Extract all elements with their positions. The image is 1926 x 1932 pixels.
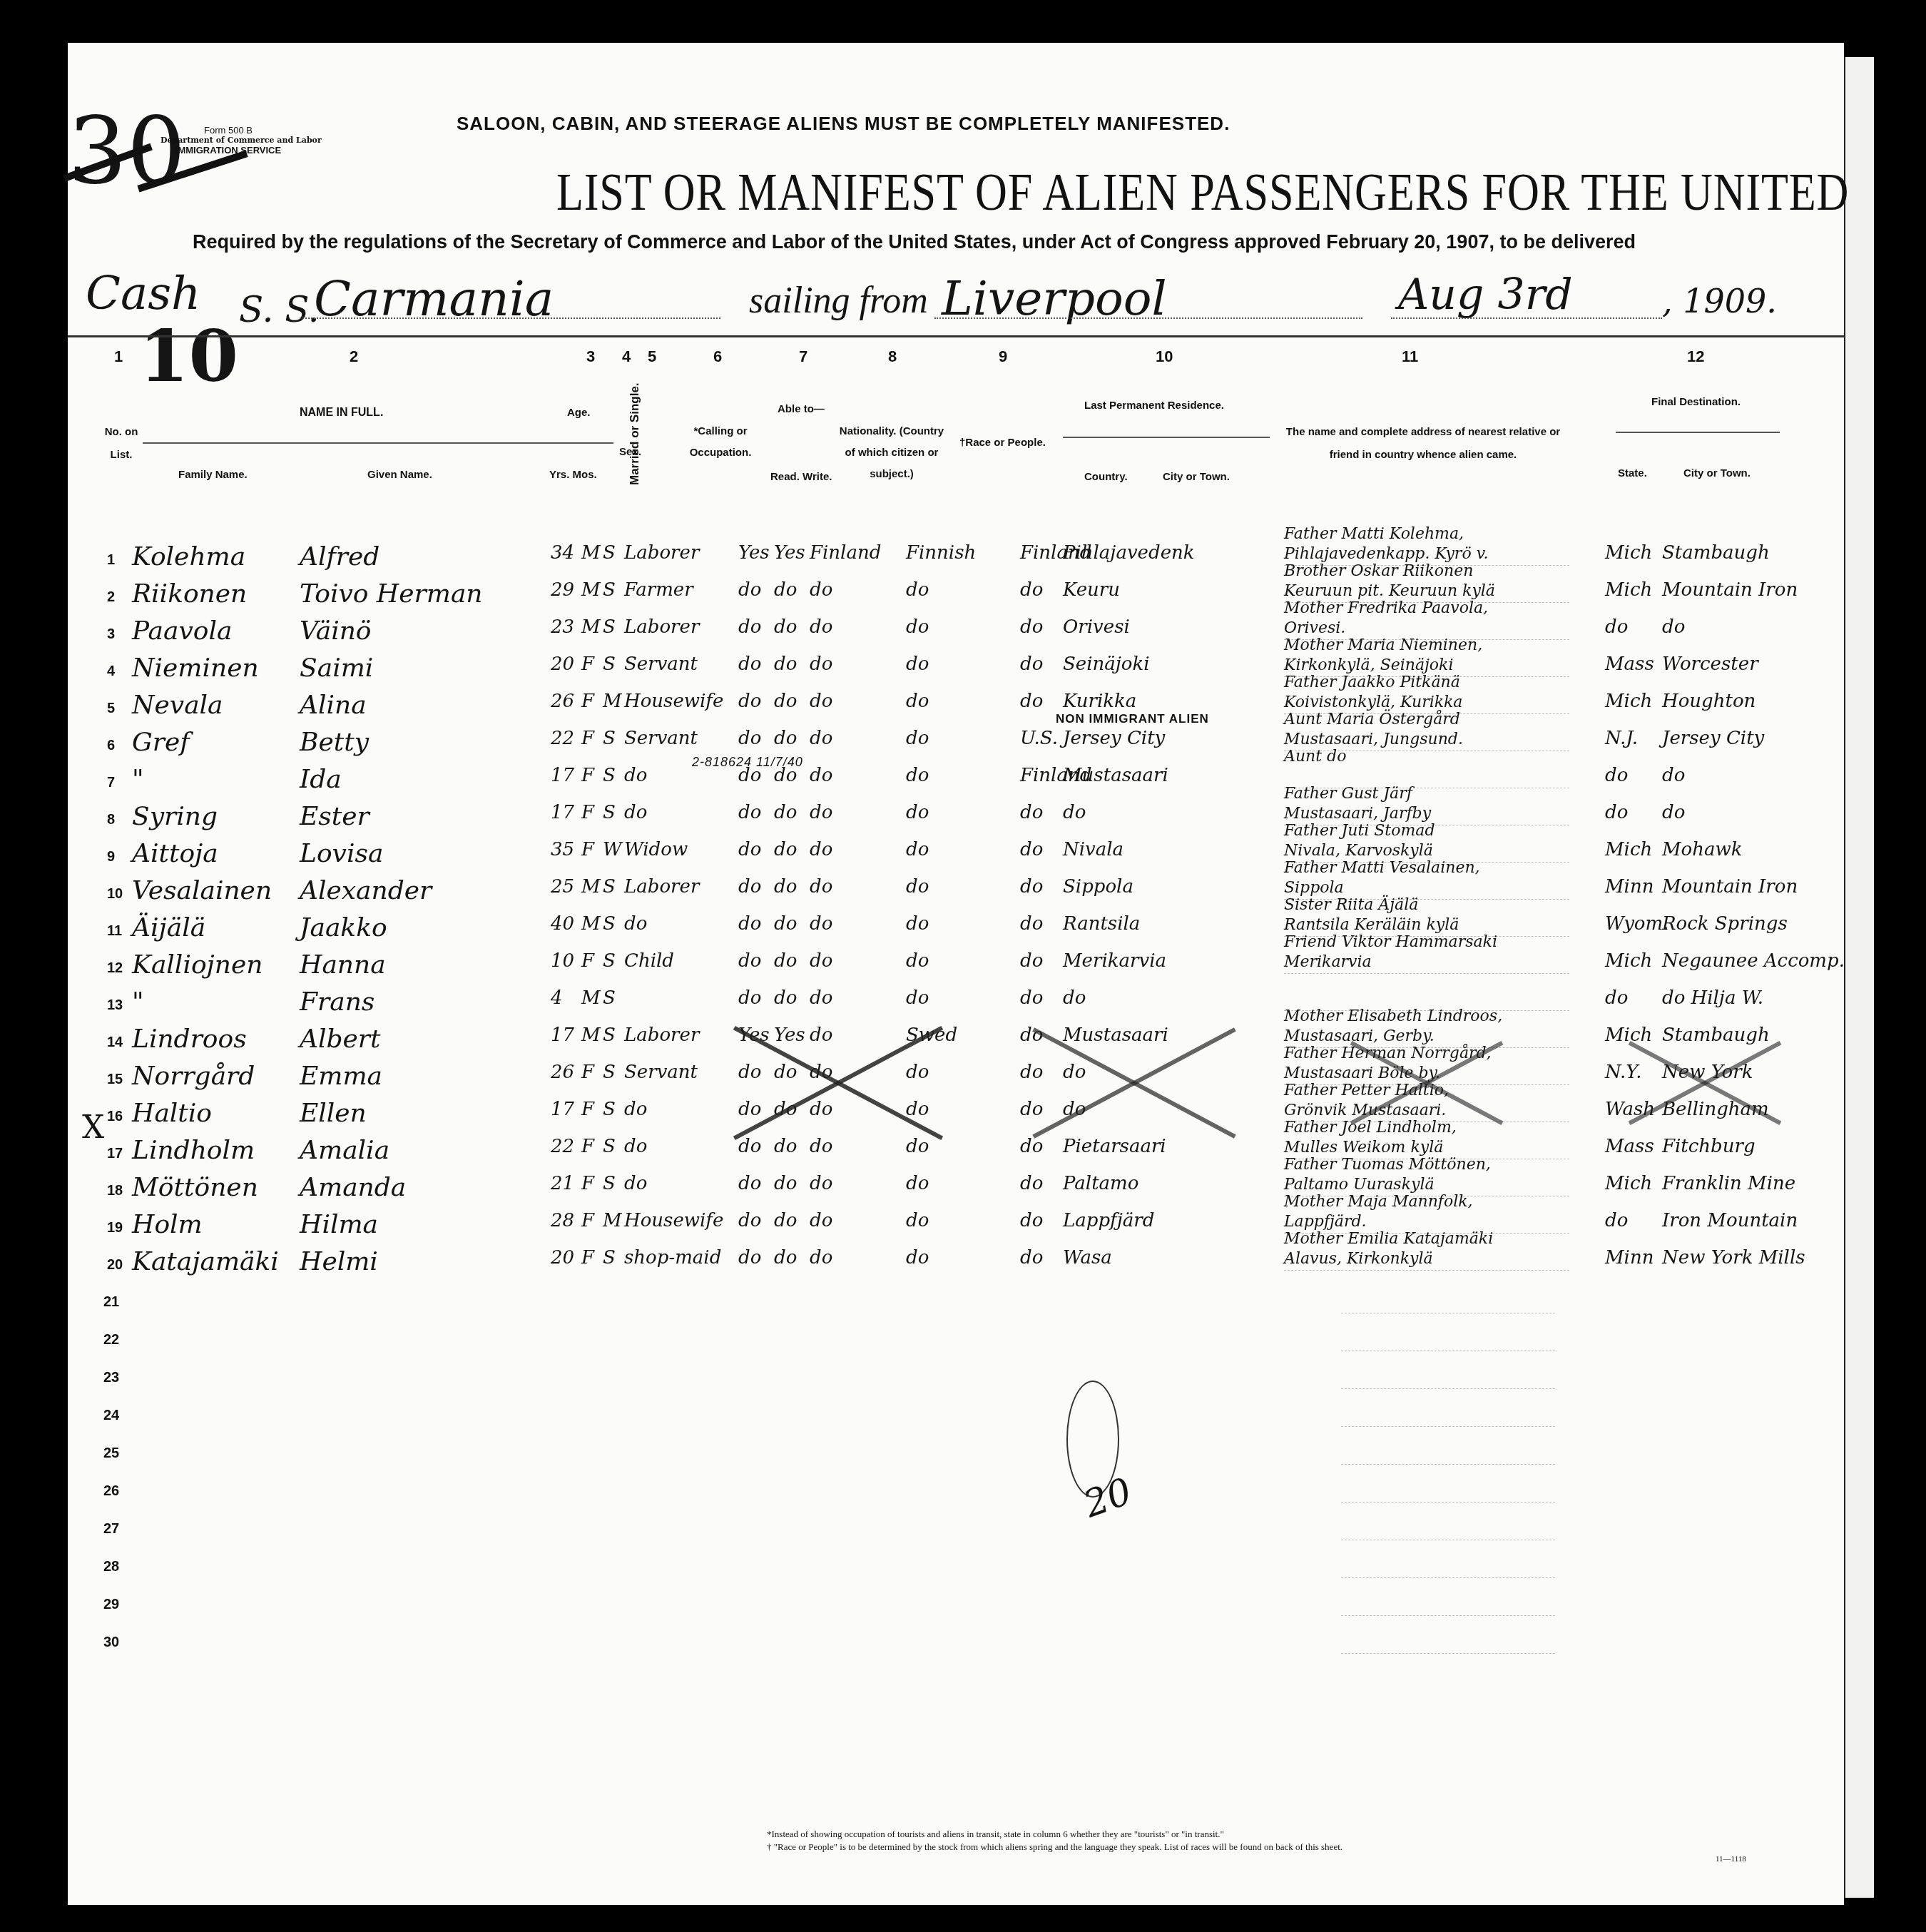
destination-city: Franklin Mine	[1662, 1173, 1795, 1194]
residence-country: do	[1020, 1247, 1043, 1268]
residence-country: do	[1020, 950, 1043, 972]
relative-name: Father Gust Järf	[1284, 785, 1412, 803]
relative-name: Sister Riita Äjälä	[1284, 896, 1418, 914]
occupation: do	[624, 913, 647, 935]
row-number: 28	[103, 1559, 119, 1575]
given-name: Jaakko	[300, 913, 387, 942]
row-number: 4	[107, 664, 115, 680]
subtitle: Required by the regulations of the Secre…	[193, 231, 1636, 253]
nationality: do	[810, 579, 832, 601]
occupation: Laborer	[624, 542, 699, 564]
row-rule	[1341, 1388, 1555, 1389]
destination-state: Mich	[1605, 579, 1652, 601]
row-number: 16	[107, 1109, 123, 1125]
row-number: 25	[103, 1445, 119, 1462]
family-name: Riikonen	[132, 579, 247, 609]
nationality: do	[810, 987, 832, 1009]
residence-country: do	[1020, 987, 1043, 1009]
row-rule	[1341, 1615, 1555, 1616]
destination-state: do	[1605, 616, 1628, 638]
row-number: 2	[107, 589, 115, 606]
marital-status: S	[603, 616, 616, 638]
col-number-3: 3	[586, 347, 595, 366]
destination-city: Mountain Iron	[1662, 579, 1798, 601]
header-relative: The name and complete address of nearest…	[1284, 421, 1562, 467]
relative-address: Kirkonkylä, Seinäjoki	[1284, 656, 1453, 674]
given-name: Ester	[300, 802, 370, 831]
destination-state: Mich	[1605, 839, 1652, 860]
given-name: Alina	[300, 691, 367, 720]
destination-state: do	[1605, 1210, 1628, 1231]
destination-city: Worcester	[1662, 654, 1758, 675]
race: do	[906, 1136, 929, 1157]
relative-address: Nivala, Karvoskylä	[1284, 842, 1433, 860]
can-write: do	[774, 1173, 797, 1194]
ship-name: Carmania	[314, 271, 554, 327]
service: IMMIGRATION SERVICE	[160, 145, 296, 156]
destination-city: do	[1662, 616, 1685, 638]
nationality: do	[810, 765, 832, 786]
relative-name: Mother Emilia Katajamäki	[1284, 1230, 1493, 1248]
sex: F	[581, 691, 594, 712]
age: 10	[551, 950, 574, 972]
relative-name: Father Tuomas Möttönen,	[1284, 1156, 1491, 1174]
can-write: do	[774, 654, 797, 675]
relative-address: Paltamo Uuraskylä	[1284, 1176, 1435, 1194]
residence-city: Kurikka	[1063, 691, 1136, 712]
col-number-11: 11	[1402, 347, 1418, 366]
header-family-name: Family Name.	[178, 469, 248, 481]
occupation: do	[624, 1099, 647, 1120]
occupation: Servant	[624, 654, 698, 675]
relative-name: Father Joel Lindholm,	[1284, 1119, 1457, 1137]
nationality: do	[810, 839, 832, 860]
row-rule	[1341, 1351, 1555, 1351]
nationality: do	[810, 1099, 832, 1120]
residence-country: do	[1020, 876, 1043, 898]
given-name: Alfred	[300, 542, 379, 571]
occupation: Laborer	[624, 1025, 699, 1046]
given-name: Saimi	[300, 654, 373, 683]
nationality: do	[810, 728, 832, 749]
row-number: 12	[107, 960, 123, 977]
relative-name: Aunt do	[1284, 748, 1346, 766]
marital-status: M	[603, 1210, 622, 1231]
occupation: Farmer	[624, 579, 693, 601]
residence-city: Jersey City	[1063, 728, 1165, 749]
relative-name: Father Matti Vesalainen,	[1284, 859, 1480, 877]
race: do	[906, 654, 929, 675]
header-country: Country.	[1084, 471, 1128, 483]
can-read: do	[738, 691, 761, 712]
given-name: Helmi	[300, 1247, 378, 1276]
can-write: do	[774, 802, 797, 823]
marital-status: S	[603, 1247, 616, 1268]
row-number: 23	[103, 1370, 119, 1386]
residence-country: do	[1020, 1210, 1043, 1231]
family-name: Katajamäki	[132, 1247, 279, 1276]
row-number: 22	[103, 1332, 119, 1348]
marital-status: W	[603, 839, 622, 860]
row-rule	[1341, 1426, 1555, 1427]
header-dest-city: City or Town.	[1683, 467, 1751, 479]
family-name: "	[132, 765, 144, 794]
residence-city: Lappfjärd	[1063, 1210, 1154, 1231]
family-name: "	[132, 987, 144, 1017]
age: 35	[551, 839, 574, 860]
nationality: do	[810, 654, 832, 675]
row-number: 27	[103, 1521, 119, 1537]
row-number: 24	[103, 1408, 119, 1424]
header-last-residence: Last Permanent Residence.	[1084, 400, 1224, 412]
marital-status: S	[603, 987, 616, 1009]
residence-city: do	[1063, 1062, 1086, 1083]
nationality: do	[810, 691, 832, 712]
row-rule	[1341, 1540, 1555, 1540]
race: do	[906, 987, 929, 1009]
marital-status: S	[603, 1173, 616, 1194]
age: 17	[551, 802, 574, 823]
row-number: 13	[107, 997, 123, 1014]
sex: F	[581, 802, 594, 823]
ship-name-line	[300, 317, 720, 319]
age: 22	[551, 728, 574, 749]
marital-status: S	[603, 728, 616, 749]
race: do	[906, 839, 929, 860]
destination-city: do	[1662, 765, 1685, 786]
marital-status: S	[603, 1062, 616, 1083]
residence-city: Paltamo	[1063, 1173, 1138, 1194]
header-nationality: Nationality. (Country of which citizen o…	[838, 421, 945, 485]
sex: M	[581, 876, 601, 898]
occupation: Housewife	[624, 1210, 723, 1231]
race: do	[906, 802, 929, 823]
row-rule	[1284, 973, 1569, 974]
family-name: Äijälä	[132, 913, 205, 942]
race: do	[906, 765, 929, 786]
marital-status: S	[603, 765, 616, 786]
occupation: Child	[624, 950, 674, 972]
marital-status: S	[603, 802, 616, 823]
destination-city: do Hilja W.	[1662, 987, 1763, 1009]
destination-divider	[1616, 432, 1780, 433]
sex: F	[581, 950, 594, 972]
header-no-on-list: No. on List.	[103, 421, 139, 467]
can-read: do	[738, 616, 761, 638]
occupation: do	[624, 1173, 647, 1194]
given-name: Emma	[300, 1062, 382, 1091]
non-immigrant-stamp: NON IMMIGRANT ALIEN	[1056, 712, 1209, 726]
residence-country: do	[1020, 654, 1043, 675]
header-city-town: City or Town.	[1163, 471, 1230, 483]
nationality: do	[810, 1173, 832, 1194]
relative-address: Mustasaari, Gerby.	[1284, 1027, 1435, 1045]
residence-country: do	[1020, 616, 1043, 638]
destination-state: do	[1605, 802, 1628, 823]
col-number-6: 6	[713, 347, 722, 366]
relative-name: Mother Fredrika Paavola,	[1284, 599, 1488, 617]
destination-city: Mountain Iron	[1662, 876, 1798, 898]
residence-country: U.S.	[1020, 728, 1058, 749]
race: do	[906, 728, 929, 749]
residence-city: Wasa	[1063, 1247, 1112, 1268]
header-name-in-full: NAME IN FULL.	[300, 407, 383, 420]
age: 20	[551, 654, 574, 675]
occupation: Servant	[624, 1062, 698, 1083]
residence-city: Rantsila	[1063, 913, 1140, 935]
form-id-block: Form 500 B Department of Commerce and La…	[160, 125, 296, 156]
sex: M	[581, 987, 601, 1009]
destination-state: Wyom.	[1605, 913, 1668, 935]
nationality: do	[810, 913, 832, 935]
residence-country: do	[1020, 839, 1043, 860]
destination-state: Mass	[1605, 1136, 1654, 1157]
form-id: Form 500 B	[160, 125, 296, 136]
relative-address: Koivistonkylä, Kurikka	[1284, 693, 1463, 711]
destination-city: Fitchburg	[1662, 1136, 1756, 1157]
destination-state: Minn	[1605, 1247, 1654, 1268]
destination-city: Negaunee Accomp.	[1662, 950, 1845, 972]
row-number: 6	[107, 738, 115, 754]
race: Finnish	[906, 542, 976, 564]
family-name: Kalliojnen	[132, 950, 263, 980]
destination-state: Mich	[1605, 1173, 1652, 1194]
age: 17	[551, 765, 574, 786]
residence-city: Nivala	[1063, 839, 1123, 860]
row-number: 30	[103, 1634, 119, 1651]
header-given-name: Given Name.	[367, 469, 432, 481]
header-divider	[68, 335, 1844, 337]
sex: M	[581, 1025, 601, 1046]
given-name: Ida	[300, 765, 342, 794]
sex: F	[581, 654, 594, 675]
row-rule	[1284, 1270, 1569, 1271]
race: do	[906, 1210, 929, 1231]
family-name: Norrgård	[132, 1062, 255, 1091]
destination-state: do	[1605, 765, 1628, 786]
relative-address: Rantsila Keräläin kylä	[1284, 916, 1459, 934]
destination-city: Mohawk	[1662, 839, 1743, 860]
header-read-write: Read. Write.	[770, 471, 832, 483]
can-read: do	[738, 987, 761, 1009]
occupation: do	[624, 1136, 647, 1157]
residence-city: do	[1063, 802, 1086, 823]
race: do	[906, 1062, 929, 1083]
marital-status: S	[603, 950, 616, 972]
given-name: Väinö	[300, 616, 372, 646]
can-read: do	[738, 1136, 761, 1157]
destination-city: Jersey City	[1662, 728, 1764, 749]
destination-state: Mass	[1605, 654, 1654, 675]
top-notice: SALOON, CABIN, AND STEERAGE ALIENS MUST …	[457, 113, 1230, 135]
sex: M	[581, 542, 601, 564]
destination-state: Mich	[1605, 542, 1652, 564]
can-read: do	[738, 728, 761, 749]
ship-prefix: S. S.	[239, 289, 320, 330]
age: 17	[551, 1099, 574, 1120]
can-write: do	[774, 1210, 797, 1231]
age: 20	[551, 1247, 574, 1268]
residence-country: do	[1020, 1099, 1043, 1120]
row-rule	[1341, 1653, 1555, 1654]
destination-city: Houghton	[1662, 691, 1756, 712]
residence-city: Pietarsaari	[1063, 1136, 1166, 1157]
sex: F	[581, 1173, 594, 1194]
marital-status: S	[603, 913, 616, 935]
can-read: do	[738, 876, 761, 898]
race: do	[906, 691, 929, 712]
header-age: Age.	[567, 407, 591, 419]
relative-address: Mulles Weikom kylä	[1284, 1139, 1443, 1156]
occupation: Servant	[624, 728, 698, 749]
relative-address: Pihlajavedenkapp. Kyrö v.	[1284, 545, 1488, 563]
can-write: Yes	[774, 1025, 805, 1046]
destination-state: Mich	[1605, 950, 1652, 972]
can-write: do	[774, 1247, 797, 1268]
residence-city: Sippola	[1063, 876, 1133, 898]
destination-city: Stambaugh	[1662, 542, 1770, 564]
row-rule	[1341, 1577, 1555, 1578]
sex: M	[581, 913, 601, 935]
can-read: do	[738, 1099, 761, 1120]
given-name: Toivo Herman	[300, 579, 483, 609]
race: do	[906, 616, 929, 638]
class-note: Cash	[86, 268, 200, 320]
header-yrs-mos: Yrs. Mos.	[549, 469, 597, 481]
occupation: Widow	[624, 839, 688, 860]
destination-city: Iron Mountain	[1662, 1210, 1798, 1231]
relative-name: Mother Maja Mannfolk,	[1284, 1193, 1473, 1211]
row-number: 10	[107, 886, 123, 903]
row-number: 26	[103, 1483, 119, 1500]
row-number: 8	[107, 812, 115, 828]
residence-city: Merikarvia	[1063, 950, 1166, 972]
race: do	[906, 579, 929, 601]
row-number: 17	[107, 1146, 123, 1162]
destination-city: Rock Springs	[1662, 913, 1788, 935]
residence-city: Pihlajavedenk	[1063, 542, 1195, 564]
can-write: do	[774, 839, 797, 860]
age: 34	[551, 542, 574, 564]
family-name: Kolehma	[132, 542, 245, 571]
can-write: do	[774, 579, 797, 601]
sex: F	[581, 728, 594, 749]
can-write: do	[774, 876, 797, 898]
family-name: Lindroos	[132, 1025, 247, 1054]
marital-status: S	[603, 542, 616, 564]
residence-country: do	[1020, 1173, 1043, 1194]
relative-address: Sippola	[1284, 879, 1344, 897]
header-race: †Race or People.	[959, 437, 1046, 449]
race: do	[906, 1099, 929, 1120]
relative-address: Alavus, Kirkonkylä	[1284, 1250, 1433, 1268]
relative-name: Father Jaakko Pitkänä	[1284, 673, 1460, 691]
residence-city: Mustasaari	[1063, 765, 1168, 786]
header-final-destination: Final Destination.	[1651, 396, 1741, 408]
col-number-12: 12	[1687, 347, 1704, 366]
row-number: 9	[107, 849, 115, 865]
row-rule	[1341, 1313, 1555, 1313]
sailing-year: , 1909.	[1662, 282, 1777, 320]
residence-city: Orivesi	[1063, 616, 1130, 638]
col-number-10: 10	[1156, 347, 1173, 366]
age: 28	[551, 1210, 574, 1231]
can-write: Yes	[774, 542, 805, 564]
family-name: Syring	[132, 802, 218, 831]
marital-status: S	[603, 1099, 616, 1120]
relative-address: Keuruun pit. Keuruun kylä	[1284, 582, 1495, 600]
sailing-from-label: sailing from	[749, 280, 928, 322]
family-name: Vesalainen	[132, 876, 272, 905]
marital-status: S	[603, 1136, 616, 1157]
given-name: Betty	[300, 728, 369, 757]
sex: F	[581, 1062, 594, 1083]
family-name: Holm	[132, 1210, 203, 1239]
family-name: Haltio	[132, 1099, 212, 1128]
residence-city: do	[1063, 987, 1086, 1009]
relative-address: Merikarvia	[1284, 953, 1372, 971]
sex: F	[581, 1247, 594, 1268]
nationality: do	[810, 876, 832, 898]
sex: F	[581, 765, 594, 786]
destination-city: do	[1662, 802, 1685, 823]
can-write: do	[774, 616, 797, 638]
relative-name: Father Matti Kolehma,	[1284, 525, 1464, 543]
nationality: do	[810, 1025, 832, 1046]
age: 17	[551, 1025, 574, 1046]
destination-state: N.J.	[1605, 728, 1638, 749]
marital-status: S	[603, 654, 616, 675]
occupation: Housewife	[624, 691, 723, 712]
occupation: Laborer	[624, 616, 699, 638]
col-number-7: 7	[799, 347, 807, 366]
can-read: do	[738, 950, 761, 972]
given-name: Hilma	[300, 1210, 378, 1239]
col-number-9: 9	[999, 347, 1007, 366]
race: do	[906, 1247, 929, 1268]
row-number: 7	[107, 775, 115, 791]
residence-country: do	[1020, 802, 1043, 823]
relative-address: Mustasaari, Jarfby	[1284, 805, 1431, 823]
occupation: shop-maid	[624, 1247, 721, 1268]
can-read: do	[738, 1173, 761, 1194]
destination-state: Mich	[1605, 691, 1652, 712]
col-number-8: 8	[888, 347, 897, 366]
department: Department of Commerce and Labor	[160, 136, 296, 145]
given-name: Amalia	[300, 1136, 389, 1165]
nationality: do	[810, 616, 832, 638]
can-read: do	[738, 654, 761, 675]
manifest-scan: 30 Form 500 B Department of Commerce and…	[0, 0, 1926, 1932]
race: do	[906, 1173, 929, 1194]
destination-state: Minn	[1605, 876, 1654, 898]
sex: F	[581, 1136, 594, 1157]
print-code: 11—1118	[1716, 1855, 1746, 1864]
row-number: 19	[107, 1220, 123, 1236]
age: 26	[551, 691, 574, 712]
residence-city: Mustasaari	[1063, 1025, 1168, 1046]
family-name: Möttönen	[132, 1173, 258, 1202]
header-calling: *Calling or Occupation.	[688, 421, 753, 464]
col-number-2: 2	[350, 347, 358, 366]
row-number: 14	[107, 1034, 123, 1051]
given-name: Albert	[300, 1025, 381, 1054]
given-name: Hanna	[300, 950, 386, 980]
can-read: do	[738, 913, 761, 935]
given-name: Alexander	[300, 876, 432, 905]
occupation: Laborer	[624, 876, 699, 898]
age: 23	[551, 616, 574, 638]
